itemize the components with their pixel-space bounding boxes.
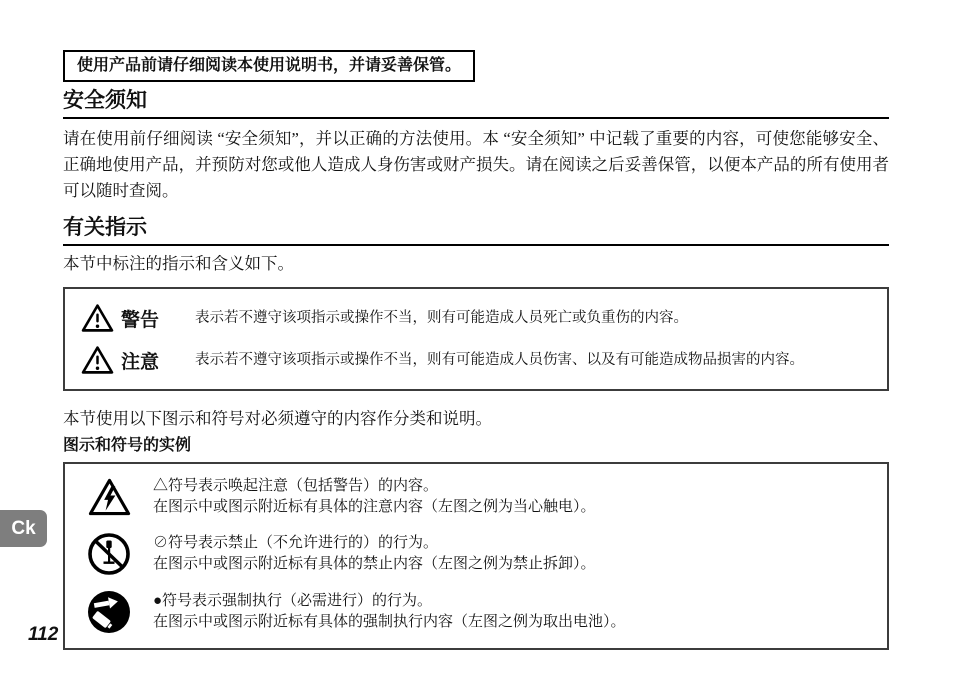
caution-row: 注意 表示若不遵守该项指示或操作不当，则有可能造成人员伤害、以及有可能造成物品损… (75, 339, 877, 381)
page-number: 112 (28, 624, 58, 646)
symbols-examples-heading: 图示和符号的实例 (63, 432, 889, 455)
prohibition-symbol-line2: 在图示中或图示附近标有具体的禁止内容（左图之例为禁止拆卸）。 (153, 554, 596, 575)
caution-description: 表示若不遵守该项指示或操作不当，则有可能造成人员伤害、以及有可能造成物品损害的内… (195, 351, 804, 369)
caution-triangle-icon (75, 345, 121, 375)
symbols-intro-text: 本节使用以下图示和符号对必须遵守的内容作分类和说明。 (63, 405, 889, 429)
about-indications-heading: 有关指示 (63, 216, 889, 246)
mandatory-symbol-row: ●符号表示强制执行（必需进行）的行为。 在图示中或图示附近标有具体的强制执行内容… (85, 590, 877, 634)
safety-precautions-body: 请在使用前仔细阅读 “安全须知”，并以正确的方法使用。本 “安全须知” 中记载了… (63, 126, 889, 204)
prohibition-symbol-row: ⊘符号表示禁止（不允许进行的）的行为。 在图示中或图示附近标有具体的禁止内容（左… (85, 532, 877, 576)
caution-label: 注意 (121, 347, 195, 374)
notice-text: 使用产品前请仔细阅读本使用说明书，并请妥善保管。 (77, 57, 461, 74)
electric-shock-warning-triangle-icon (85, 477, 133, 517)
no-disassembly-circle-icon (85, 532, 133, 576)
attention-symbol-row: △符号表示唤起注意（包括警告）的内容。 在图示中或图示附近标有具体的注意内容（左… (85, 476, 877, 518)
warning-triangle-icon (75, 303, 121, 333)
language-tab-ck: Ck (0, 510, 47, 547)
attention-symbol-line2: 在图示中或图示附近标有具体的注意内容（左图之例为当心触电）。 (153, 497, 596, 518)
attention-symbol-text: △符号表示唤起注意（包括警告）的内容。 在图示中或图示附近标有具体的注意内容（左… (153, 476, 596, 518)
read-before-use-notice: 使用产品前请仔细阅读本使用说明书，并请妥善保管。 (63, 50, 475, 82)
mandatory-symbol-line2: 在图示中或图示附近标有具体的强制执行内容（左图之例为取出电池）。 (153, 612, 626, 633)
attention-symbol-line1: △符号表示唤起注意（包括警告）的内容。 (153, 476, 596, 497)
prohibition-symbol-line1: ⊘符号表示禁止（不允许进行的）的行为。 (153, 533, 596, 554)
alert-definitions-box: 警告 表示若不遵守该项指示或操作不当，则有可能造成人员死亡或负重伤的内容。 注意… (63, 287, 889, 391)
warning-description: 表示若不遵守该项指示或操作不当，则有可能造成人员死亡或负重伤的内容。 (195, 309, 688, 327)
warning-label: 警告 (121, 305, 195, 332)
language-tab-label: Ck (11, 518, 35, 540)
warning-row: 警告 表示若不遵守该项指示或操作不当，则有可能造成人员死亡或负重伤的内容。 (75, 297, 877, 339)
about-indications-body: 本节中标注的指示和含义如下。 (63, 251, 889, 277)
remove-battery-circle-icon (85, 590, 133, 634)
prohibition-symbol-text: ⊘符号表示禁止（不允许进行的）的行为。 在图示中或图示附近标有具体的禁止内容（左… (153, 533, 596, 575)
symbol-examples-box: △符号表示唤起注意（包括警告）的内容。 在图示中或图示附近标有具体的注意内容（左… (63, 462, 889, 650)
mandatory-symbol-text: ●符号表示强制执行（必需进行）的行为。 在图示中或图示附近标有具体的强制执行内容… (153, 591, 626, 633)
safety-precautions-heading: 安全须知 (63, 89, 889, 119)
manual-page-content: 使用产品前请仔细阅读本使用说明书，并请妥善保管。 安全须知 请在使用前仔细阅读 … (63, 50, 889, 650)
mandatory-symbol-line1: ●符号表示强制执行（必需进行）的行为。 (153, 591, 626, 612)
